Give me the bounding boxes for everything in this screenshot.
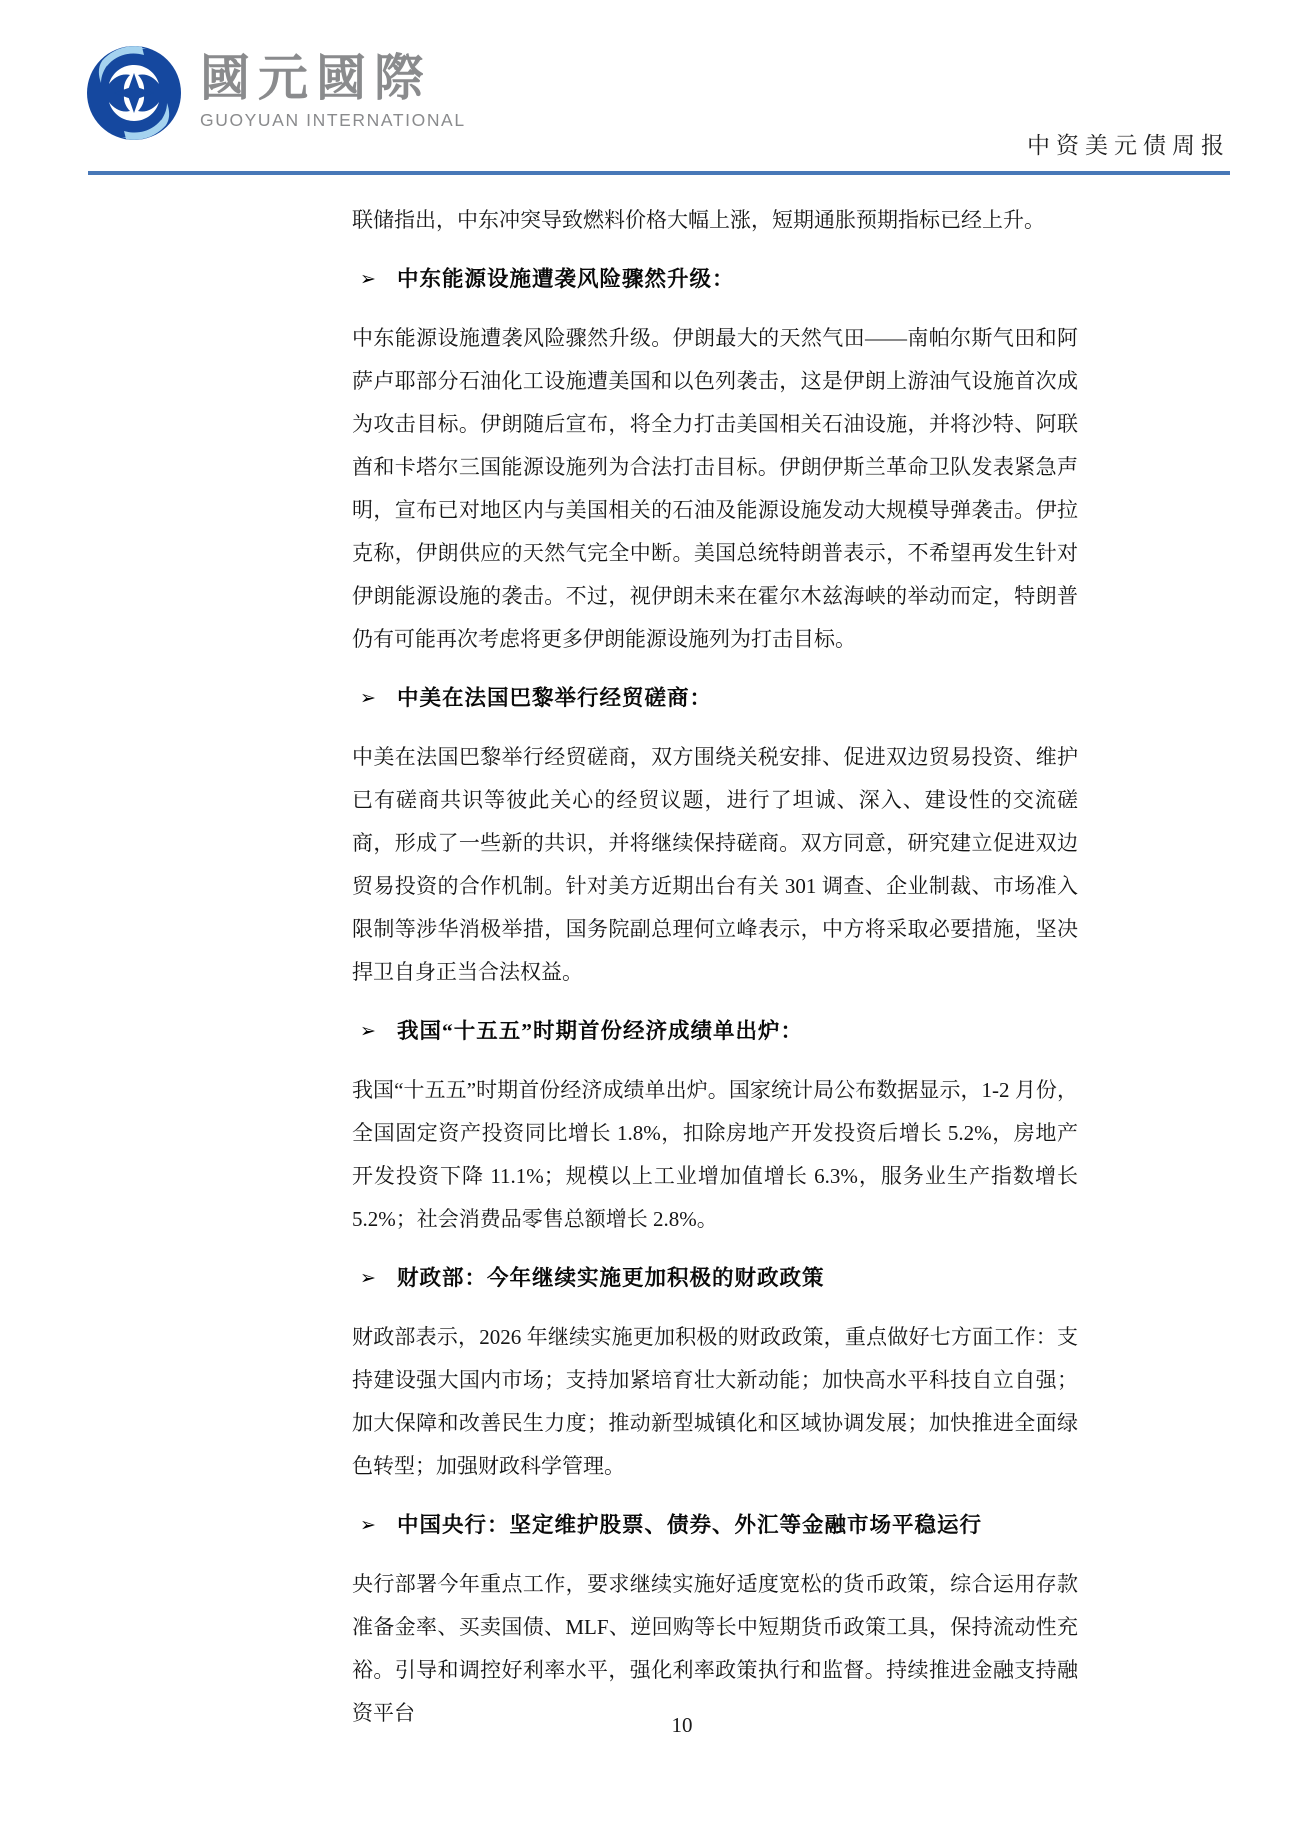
- section-body-5: 央行部署今年重点工作，要求继续实施好适度宽松的货币政策，综合运用存款准备金率、买…: [352, 1563, 1078, 1735]
- section-body-1: 中东能源设施遭袭风险骤然升级。伊朗最大的天然气田——南帕尔斯气田和阿萨卢耶部分石…: [352, 317, 1078, 661]
- guoyuan-logo-icon: [84, 42, 184, 144]
- section-body-2: 中美在法国巴黎举行经贸磋商，双方围绕关税安排、促进双边贸易投资、维护已有磋商共识…: [352, 736, 1078, 994]
- logo-name-cn: 國元國際: [200, 50, 466, 106]
- page-number: 10: [652, 1711, 712, 1739]
- bullet-arrow-icon: ➢: [352, 1504, 397, 1547]
- section-heading-text: 中东能源设施遭袭风险骤然升级：: [397, 258, 1078, 301]
- intro-paragraph: 联储指出，中东冲突导致燃料价格大幅上涨，短期通胀预期指标已经上升。: [352, 199, 1078, 242]
- logo-text: 國元國際 GUOYUAN INTERNATIONAL: [200, 42, 466, 130]
- section-heading-text: 财政部：今年继续实施更加积极的财政政策: [397, 1257, 1078, 1300]
- bullet-arrow-icon: ➢: [352, 1257, 397, 1300]
- section-heading-2: ➢ 中美在法国巴黎举行经贸磋商：: [352, 677, 1078, 720]
- logo-name-en: GUOYUAN INTERNATIONAL: [200, 110, 466, 130]
- section-body-3: 我国“十五五”时期首份经济成绩单出炉。国家统计局公布数据显示，1-2 月份，全国…: [352, 1069, 1078, 1241]
- header-divider-rule: [88, 171, 1230, 175]
- bullet-arrow-icon: ➢: [352, 258, 397, 301]
- section-heading-text: 我国“十五五”时期首份经济成绩单出炉：: [397, 1010, 1078, 1053]
- bullet-arrow-icon: ➢: [352, 1010, 397, 1053]
- body-column: 联储指出，中东冲突导致燃料价格大幅上涨，短期通胀预期指标已经上升。 ➢ 中东能源…: [352, 199, 1078, 1735]
- section-heading-3: ➢ 我国“十五五”时期首份经济成绩单出炉：: [352, 1010, 1078, 1053]
- company-logo: 國元國際 GUOYUAN INTERNATIONAL: [84, 42, 466, 144]
- report-page: 國元國際 GUOYUAN INTERNATIONAL 中资美元债周报 联储指出，…: [0, 0, 1306, 1847]
- bullet-arrow-icon: ➢: [352, 677, 397, 720]
- section-heading-1: ➢ 中东能源设施遭袭风险骤然升级：: [352, 258, 1078, 301]
- section-heading-5: ➢ 中国央行：坚定维护股票、债券、外汇等金融市场平稳运行: [352, 1504, 1078, 1547]
- section-body-4: 财政部表示，2026 年继续实施更加积极的财政政策，重点做好七方面工作：支持建设…: [352, 1316, 1078, 1488]
- section-heading-4: ➢ 财政部：今年继续实施更加积极的财政政策: [352, 1257, 1078, 1300]
- header-doc-title: 中资美元债周报: [1027, 131, 1230, 161]
- section-heading-text: 中国央行：坚定维护股票、债券、外汇等金融市场平稳运行: [397, 1504, 1078, 1547]
- section-heading-text: 中美在法国巴黎举行经贸磋商：: [397, 677, 1078, 720]
